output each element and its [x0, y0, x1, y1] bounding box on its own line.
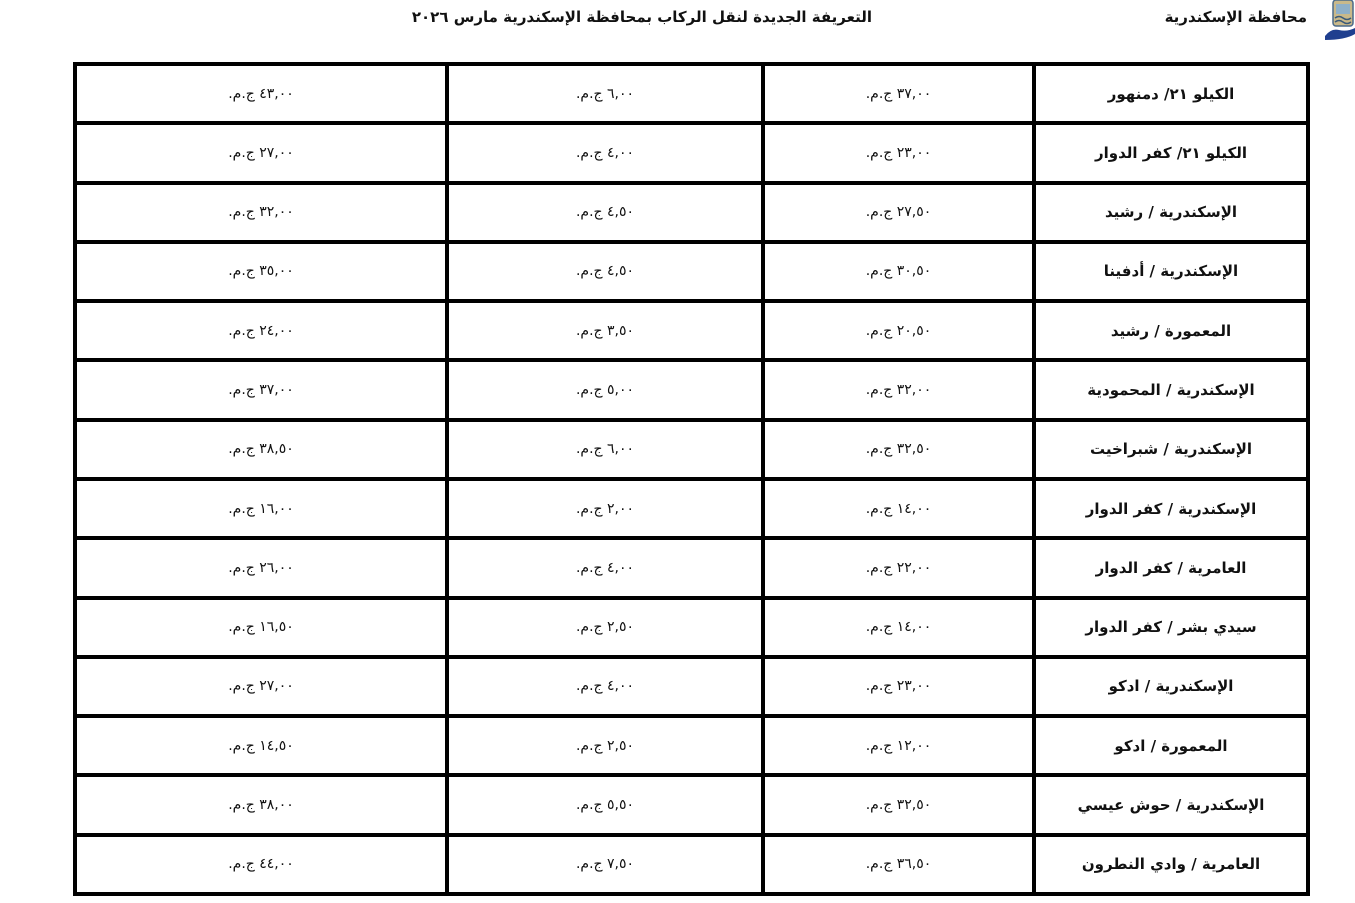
fare-cell: ٢٠,٥٠ ج.م. — [763, 301, 1034, 360]
fare-cell: ٣٢,٥٠ ج.م. — [763, 420, 1034, 479]
fare-cell: ١٢,٠٠ ج.م. — [763, 716, 1034, 775]
fare-cell: ٢,٥٠ ج.م. — [447, 716, 763, 775]
fare-cell: ٢٤,٠٠ ج.م. — [75, 301, 447, 360]
table-row: سيدي بشر / كفر الدوار ١٤,٠٠ ج.م. ٢,٥٠ ج.… — [75, 598, 1308, 657]
fare-cell: ٥,٥٠ ج.م. — [447, 775, 763, 834]
route-cell: الكيلو ٢١/ كفر الدوار — [1034, 123, 1308, 182]
fare-table: الكيلو ٢١/ دمنهور ٣٧,٠٠ ج.م. ٦,٠٠ ج.م. ٤… — [73, 62, 1310, 896]
table-row: العامرية / كفر الدوار ٢٢,٠٠ ج.م. ٤,٠٠ ج.… — [75, 538, 1308, 597]
fare-cell: ٣٥,٠٠ ج.م. — [75, 242, 447, 301]
route-cell: الإسكندرية / المحمودية — [1034, 360, 1308, 419]
fare-cell: ٦,٠٠ ج.م. — [447, 420, 763, 479]
route-cell: العامرية / وادي النطرون — [1034, 835, 1308, 894]
route-cell: العامرية / كفر الدوار — [1034, 538, 1308, 597]
table-row: الإسكندرية / ادكو ٢٣,٠٠ ج.م. ٤,٠٠ ج.م. ٢… — [75, 657, 1308, 716]
organization-name: محافظة الإسكندرية — [1165, 8, 1307, 26]
fare-cell: ٢٣,٠٠ ج.م. — [763, 657, 1034, 716]
route-cell: سيدي بشر / كفر الدوار — [1034, 598, 1308, 657]
document-title: التعريفة الجديدة لنقل الركاب بمحافظة الإ… — [440, 8, 872, 26]
fare-cell: ١٤,٥٠ ج.م. — [75, 716, 447, 775]
fare-cell: ٥,٠٠ ج.م. — [447, 360, 763, 419]
fare-cell: ٢٧,٠٠ ج.م. — [75, 657, 447, 716]
fare-cell: ٢٧,٥٠ ج.م. — [763, 183, 1034, 242]
table-row: الإسكندرية / شبراخيت ٣٢,٥٠ ج.م. ٦,٠٠ ج.م… — [75, 420, 1308, 479]
fare-cell: ٣٠,٥٠ ج.م. — [763, 242, 1034, 301]
table-row: الكيلو ٢١/ دمنهور ٣٧,٠٠ ج.م. ٦,٠٠ ج.م. ٤… — [75, 64, 1308, 123]
table-row: الإسكندرية / كفر الدوار ١٤,٠٠ ج.م. ٢,٠٠ … — [75, 479, 1308, 538]
fare-cell: ٤٣,٠٠ ج.م. — [75, 64, 447, 123]
table-row: الإسكندرية / حوش عيسي ٣٢,٥٠ ج.م. ٥,٥٠ ج.… — [75, 775, 1308, 834]
fare-cell: ٣٨,٥٠ ج.م. — [75, 420, 447, 479]
fare-cell: ٢٢,٠٠ ج.م. — [763, 538, 1034, 597]
fare-cell: ٢,٥٠ ج.م. — [447, 598, 763, 657]
table-row: العامرية / وادي النطرون ٣٦,٥٠ ج.م. ٧,٥٠ … — [75, 835, 1308, 894]
fare-cell: ٣٧,٠٠ ج.م. — [763, 64, 1034, 123]
fare-cell: ١٦,٥٠ ج.م. — [75, 598, 447, 657]
fare-cell: ٤,٥٠ ج.م. — [447, 183, 763, 242]
fare-cell: ٣٢,٠٠ ج.م. — [763, 360, 1034, 419]
fare-cell: ١٤,٠٠ ج.م. — [763, 598, 1034, 657]
fare-cell: ٢٣,٠٠ ج.م. — [763, 123, 1034, 182]
route-cell: الإسكندرية / شبراخيت — [1034, 420, 1308, 479]
fare-cell: ٣٨,٠٠ ج.م. — [75, 775, 447, 834]
fare-cell: ٣٧,٠٠ ج.م. — [75, 360, 447, 419]
route-cell: الإسكندرية / كفر الدوار — [1034, 479, 1308, 538]
fare-cell: ٤,٥٠ ج.م. — [447, 242, 763, 301]
table-row: المعمورة / رشيد ٢٠,٥٠ ج.م. ٣,٥٠ ج.م. ٢٤,… — [75, 301, 1308, 360]
table-row: الكيلو ٢١/ كفر الدوار ٢٣,٠٠ ج.م. ٤,٠٠ ج.… — [75, 123, 1308, 182]
route-cell: الإسكندرية / حوش عيسي — [1034, 775, 1308, 834]
alexandria-governorate-emblem-icon — [1325, 0, 1355, 40]
route-cell: الإسكندرية / رشيد — [1034, 183, 1308, 242]
route-cell: المعمورة / ادكو — [1034, 716, 1308, 775]
document-header: محافظة الإسكندرية التعريفة الجديدة لنقل … — [0, 0, 1355, 50]
fare-cell: ٢٧,٠٠ ج.م. — [75, 123, 447, 182]
fare-cell: ٢٦,٠٠ ج.م. — [75, 538, 447, 597]
fare-cell: ٣٢,٥٠ ج.م. — [763, 775, 1034, 834]
fare-cell: ٣,٥٠ ج.م. — [447, 301, 763, 360]
table-row: الإسكندرية / رشيد ٢٧,٥٠ ج.م. ٤,٥٠ ج.م. ٣… — [75, 183, 1308, 242]
table-row: الإسكندرية / أدفينا ٣٠,٥٠ ج.م. ٤,٥٠ ج.م.… — [75, 242, 1308, 301]
route-cell: الكيلو ٢١/ دمنهور — [1034, 64, 1308, 123]
fare-cell: ٤,٠٠ ج.م. — [447, 657, 763, 716]
fare-cell: ١٤,٠٠ ج.م. — [763, 479, 1034, 538]
fare-cell: ٢,٠٠ ج.م. — [447, 479, 763, 538]
fare-cell: ١٦,٠٠ ج.م. — [75, 479, 447, 538]
route-cell: المعمورة / رشيد — [1034, 301, 1308, 360]
fare-cell: ٦,٠٠ ج.م. — [447, 64, 763, 123]
fare-cell: ٤,٠٠ ج.م. — [447, 538, 763, 597]
route-cell: الإسكندرية / أدفينا — [1034, 242, 1308, 301]
fare-cell: ٣٦,٥٠ ج.م. — [763, 835, 1034, 894]
route-cell: الإسكندرية / ادكو — [1034, 657, 1308, 716]
fare-cell: ٧,٥٠ ج.م. — [447, 835, 763, 894]
table-row: الإسكندرية / المحمودية ٣٢,٠٠ ج.م. ٥,٠٠ ج… — [75, 360, 1308, 419]
fare-cell: ٣٢,٠٠ ج.م. — [75, 183, 447, 242]
fare-cell: ٤,٠٠ ج.م. — [447, 123, 763, 182]
fare-cell: ٤٤,٠٠ ج.م. — [75, 835, 447, 894]
table-row: المعمورة / ادكو ١٢,٠٠ ج.م. ٢,٥٠ ج.م. ١٤,… — [75, 716, 1308, 775]
